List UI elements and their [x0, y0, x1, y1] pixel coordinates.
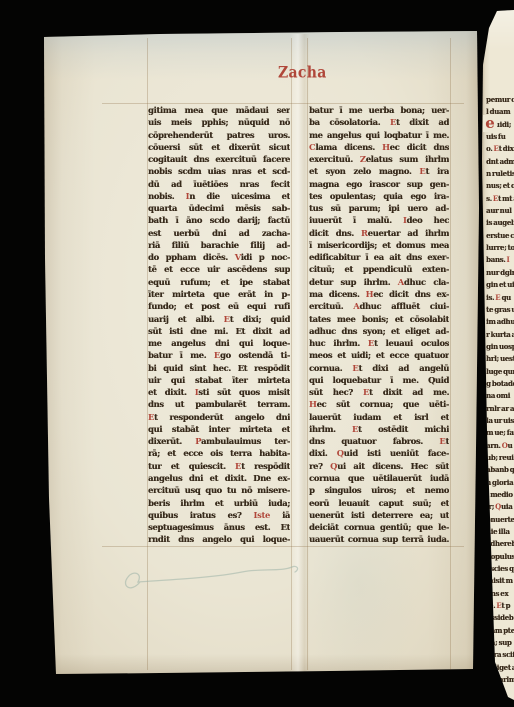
- text-segment: magna ego irascor sup gen-: [309, 179, 449, 189]
- text-segment: ec dicit dns ex-: [373, 289, 449, 299]
- text-segment: qui loquebatur ī me. Quid: [309, 375, 449, 385]
- text-segment: n ruletis: [486, 169, 514, 178]
- text-segment: adhuc dns syon; et eliget ad-: [309, 326, 449, 336]
- text-segment: quibus iratus es?: [148, 510, 254, 520]
- text-line: batur ī me. Ego ostendā ti-: [148, 349, 290, 361]
- text-segment: t leuaui oculos: [374, 338, 449, 348]
- text-segment: ir;: [486, 502, 495, 511]
- text-line: is. E qu: [486, 292, 514, 304]
- text-segment: t dixi: [499, 144, 514, 153]
- text-line: et syon zelo magno. Et ira: [309, 165, 449, 177]
- text-line: ir; Quia: [486, 501, 514, 513]
- text-segment: dnt adm: [486, 157, 514, 166]
- text-segment: lurre; to: [486, 243, 514, 252]
- text-segment: cōprehenderūt patres uros.: [148, 130, 290, 140]
- text-segment: t mt a: [498, 194, 514, 203]
- text-segment: t scies q: [486, 564, 514, 573]
- text-line: t eliget a: [486, 662, 514, 674]
- text-segment: qui stabāt inter mirteta et: [148, 424, 290, 434]
- text-line: uir qui stabat īter mirteta: [148, 374, 290, 386]
- text-segment: rā; et ecce ois terra habita-: [148, 448, 290, 458]
- text-segment: sūt isti dne mi. Et dixit ad: [148, 326, 290, 336]
- text-line: rndit dns angelo qui loque-: [148, 533, 290, 545]
- text-line: cōprehenderūt patres uros.: [148, 129, 290, 141]
- text-segment: cōuersi sūt et dixerūt sicut: [148, 142, 290, 152]
- text-line: huc ihrlm. Et leuaui oculos: [309, 337, 449, 349]
- text-line: rnlr ar ab: [486, 403, 514, 415]
- text-line: ercituū usq quo tu nō misere-: [148, 484, 290, 496]
- pen-flourish-icon: [120, 558, 310, 610]
- text-line: ī misericordijs; et domus mea: [309, 239, 449, 251]
- ruling-line: [102, 546, 464, 547]
- text-line: cōuersi sūt et dixerūt sicut: [148, 141, 290, 153]
- text-segment: adhereb: [486, 539, 514, 548]
- text-line: tus sū parum; ipi uero ad-: [309, 202, 449, 214]
- rubricated-text: H: [382, 142, 390, 152]
- text-line: im adhu: [486, 316, 514, 328]
- text-segment: uir qui stabat īter mirteta: [148, 375, 290, 385]
- text-segment: tes opulentas; quia ego ira-: [309, 191, 449, 201]
- text-segment: t eliget a: [486, 663, 514, 672]
- text-segment: misit m: [486, 576, 513, 585]
- text-segment: t medio: [486, 490, 513, 499]
- text-segment: t p: [501, 601, 510, 610]
- text-segment: beris ihrlm et urbiū iuda;: [148, 498, 290, 508]
- text-line: cornua que uētilauerūt iudā: [309, 472, 449, 484]
- text-line: populus: [486, 551, 514, 563]
- text-segment: ua; sup: [486, 638, 511, 647]
- text-segment: te gras ur: [486, 305, 514, 314]
- text-line: batur ī me uerba bona; uer-: [309, 104, 449, 116]
- text-segment: uc ihrlm: [486, 675, 514, 684]
- text-segment: cornua.: [309, 363, 352, 373]
- text-line: eorū leuauit caput suū; et: [309, 497, 449, 509]
- text-segment: t dixit ad: [396, 117, 449, 127]
- text-line: erra scifi: [486, 649, 514, 661]
- text-segment: fundo; et post eū equi rufi: [148, 301, 290, 311]
- text-line: nur dglr: [486, 267, 514, 279]
- rubricated-text: Q: [337, 448, 344, 458]
- text-line: dam pte: [486, 625, 514, 637]
- illuminated-initial: e: [483, 115, 497, 132]
- text-line: iuuerūt ī malū. Ideo hec: [309, 214, 449, 226]
- text-segment: uenerūt isti deterrere ea; ut: [309, 510, 449, 520]
- text-line: beris ihrlm et urbiū iuda;: [148, 497, 290, 509]
- next-page-text: pemur ol duamer uidi;uis fuo. Et dixidnt…: [486, 94, 514, 687]
- text-segment: nobis scdm uias nras et scd-: [148, 166, 290, 176]
- text-line: ub; reuil: [486, 452, 514, 464]
- text-segment: populus: [486, 552, 514, 561]
- text-line: uauerūt cornua sup terrā iuda.: [309, 533, 449, 545]
- text-segment: ec dicit dns: [390, 142, 449, 152]
- text-segment: arn.: [486, 441, 502, 450]
- text-segment: deiciāt cornua gentiū; que le-: [309, 522, 449, 532]
- text-line: sūt isti dne mi. Et dixit ad: [148, 325, 290, 337]
- text-segment: la ur uis: [486, 416, 514, 425]
- text-line: nobis scdm uias nras et scd-: [148, 165, 290, 177]
- text-line: dns ex: [486, 588, 514, 600]
- text-line: bath ī āno scdo darij; factū: [148, 214, 290, 226]
- text-segment: detur sup ihrlm.: [309, 277, 398, 287]
- text-line: te. Et p: [486, 600, 514, 612]
- rubricated-text: R: [361, 228, 368, 238]
- text-segment: uauerūt cornua sup terrā iuda.: [309, 534, 449, 544]
- text-segment: ī misericordijs; et domus mea: [309, 240, 449, 250]
- text-line: dns ut pambularēt terram.: [148, 398, 290, 410]
- text-line: m ue; fau: [486, 427, 514, 439]
- text-segment: t responderūt angelo dni: [154, 412, 290, 422]
- text-segment: huc ihrlm.: [309, 338, 368, 348]
- text-segment: sti sūt quos misit: [198, 387, 290, 397]
- text-segment: idi p noc-: [241, 252, 290, 262]
- text-line: abanb q: [486, 464, 514, 476]
- text-segment: tur et quiescit.: [148, 461, 235, 471]
- rubricated-text: H: [309, 399, 317, 409]
- text-line: o. Et dixi: [486, 143, 514, 155]
- text-segment: t: [445, 436, 449, 446]
- text-line: die illa: [486, 526, 514, 538]
- text-line: p singulos uiros; et nemo: [309, 484, 449, 496]
- text-line: uis meis pphis; nūquid nō: [148, 116, 290, 128]
- text-segment: te.: [486, 601, 496, 610]
- text-segment: lama dicens.: [315, 142, 382, 152]
- text-segment: exercituū.: [309, 154, 360, 164]
- text-line: n gloria: [486, 477, 514, 489]
- text-segment: īter mirteta que erāt in p-: [148, 289, 290, 299]
- text-line: rā; et ecce ois terra habita-: [148, 447, 290, 459]
- text-line: uarij et albi. Et dixi; quid: [148, 313, 290, 325]
- text-line: is augeli: [486, 217, 514, 229]
- text-segment: lauerūt iudam et isrl et: [309, 412, 449, 422]
- text-segment: die illa: [486, 527, 510, 536]
- text-line: pemur o: [486, 94, 514, 106]
- text-line: t scies q: [486, 563, 514, 575]
- text-line: Clama dicens. Hec dicit dns: [309, 141, 449, 153]
- photo-background: Zacha gitima mea que mādaui seruis meis …: [0, 0, 514, 707]
- text-line: exercituū. Zelatus sum ihrlm: [309, 153, 449, 165]
- text-segment: r kurta a: [486, 330, 514, 339]
- text-line: fundo; et post eū equi rufi: [148, 300, 290, 312]
- text-column-right: batur ī me uerba bona; uer-ba cōsolatori…: [309, 104, 449, 546]
- text-line: onuertet: [486, 514, 514, 526]
- text-segment: luge qur: [486, 367, 514, 376]
- text-line: cogitauit dns exercituū facere: [148, 153, 290, 165]
- text-line: n ruletis: [486, 168, 514, 180]
- text-line: nus; et o: [486, 180, 514, 192]
- text-segment: dixerūt.: [148, 436, 195, 446]
- text-line: gin et ui: [486, 279, 514, 291]
- next-page-edge: pemur ol duamer uidi;uis fuo. Et dixidnt…: [481, 10, 514, 700]
- text-line: quibus iratus es? Iste iā: [148, 509, 290, 521]
- text-segment: aur nul: [486, 206, 512, 215]
- text-line: ercituū. Adhuc affluēt ciui-: [309, 300, 449, 312]
- text-line: na omi: [486, 390, 514, 402]
- text-segment: dhuc affluēt ciui-: [359, 301, 449, 311]
- text-segment: cornua que uētilauerūt iudā: [309, 473, 449, 483]
- text-segment: bi quid sint hec. Et respōdit: [148, 363, 290, 373]
- text-segment: dns quatuor fabros.: [309, 436, 439, 446]
- text-line: īter mirteta que erāt in p-: [148, 288, 290, 300]
- text-line: uis fu: [486, 131, 514, 143]
- text-line: misit m: [486, 575, 514, 587]
- text-segment: dns ut pambularēt terram.: [148, 399, 290, 409]
- text-segment: ub; reuil: [486, 453, 514, 462]
- text-segment: iā: [270, 510, 290, 520]
- text-line: meos et uidi; et ecce quatuor: [309, 349, 449, 361]
- text-line: luge qur: [486, 366, 514, 378]
- text-line: qui stabāt inter mirteta et: [148, 423, 290, 435]
- text-segment: cogitauit dns exercituū facere: [148, 154, 290, 164]
- text-line: s. Et mt a: [486, 193, 514, 205]
- text-segment: n die uicesima et: [189, 191, 290, 201]
- text-segment: im adhu: [486, 317, 514, 326]
- text-line: hrl; uest: [486, 353, 514, 365]
- text-line: dixerūt. Pambulauimus ter-: [148, 435, 290, 447]
- text-segment: do ppham dicēs.: [148, 252, 235, 262]
- text-segment: ercituū.: [309, 301, 353, 311]
- text-segment: t dixi; quid: [230, 314, 290, 324]
- text-line: r kurta a: [486, 329, 514, 341]
- text-line: do ppham dicēs. Vidi p noc-: [148, 251, 290, 263]
- text-line: equū rufum; et ipe stabat: [148, 276, 290, 288]
- text-segment: me angelus qui loqbatur ī me.: [309, 130, 449, 140]
- ruling-line: [450, 38, 451, 670]
- text-line: est uerbū dni ad zacha-: [148, 227, 290, 239]
- text-line: tur et quiescit. Et respōdit: [148, 460, 290, 472]
- text-line: ihrlm. Et ostēdit michi: [309, 423, 449, 435]
- text-line: ossideb: [486, 612, 514, 624]
- text-segment: uid isti ueniūt face-: [344, 448, 449, 458]
- text-segment: ossideb: [486, 613, 513, 622]
- text-segment: abanb q: [486, 465, 514, 474]
- text-line: cituū; et ppendiculū exten-: [309, 263, 449, 275]
- text-segment: eorū leuauit caput suū; et: [309, 498, 449, 508]
- text-line: adhereb: [486, 538, 514, 550]
- text-line: bans. I: [486, 254, 514, 266]
- text-segment: n gloria: [486, 478, 513, 487]
- text-segment: na omi: [486, 391, 510, 400]
- text-segment: erra scifi: [486, 650, 514, 659]
- text-line: dixi. Quid isti ueniūt face-: [309, 447, 449, 459]
- text-segment: riā filiū barachie filij ad-: [148, 240, 290, 250]
- text-segment: ec sūt cornua; que uēti-: [317, 399, 449, 409]
- rubricated-text: I: [507, 255, 510, 264]
- text-line: magna ego irascor sup gen-: [309, 178, 449, 190]
- text-segment: u: [508, 441, 513, 450]
- text-segment: rndit dns angelo qui loque-: [148, 534, 290, 544]
- text-line: bi quid sint hec. Et respōdit: [148, 362, 290, 374]
- text-segment: ihrlm.: [309, 424, 352, 434]
- text-segment: euertar ad ihrlm: [368, 228, 449, 238]
- text-segment: ui ait dicens. Hec sūt: [337, 461, 449, 471]
- text-line: angelus dni et dixit. Dne ex-: [148, 472, 290, 484]
- text-segment: tus sū parum; ipi uero ad-: [309, 203, 449, 213]
- text-line: cornua. Et dixi ad angelū: [309, 362, 449, 374]
- text-segment: gin uospl: [486, 342, 514, 351]
- text-segment: t dixi ad angelū: [358, 363, 449, 373]
- text-segment: dhuc cla-: [404, 277, 449, 287]
- text-segment: ma dicens.: [309, 289, 366, 299]
- text-segment: bath ī āno scdo darij; factū: [148, 215, 290, 225]
- text-segment: ambulauimus ter-: [201, 436, 290, 446]
- text-line: dicit dns. Reuertar ad ihrlm: [309, 227, 449, 239]
- text-segment: meos et uidi; et ecce quatuor: [309, 350, 449, 360]
- text-line: arn. Ou: [486, 440, 514, 452]
- text-segment: g botadq: [486, 379, 514, 388]
- text-segment: uis fu: [486, 132, 505, 141]
- text-line: tes opulentas; quia ego ira-: [309, 190, 449, 202]
- text-line: t medio: [486, 489, 514, 501]
- text-line: quarta ūdecimi mēsis sab-: [148, 202, 290, 214]
- text-segment: et syon zelo magno.: [309, 166, 419, 176]
- text-line: ua; sup: [486, 637, 514, 649]
- text-segment: gitima mea que mādaui ser: [148, 105, 290, 115]
- text-segment: o.: [486, 144, 494, 153]
- text-line: g botadq: [486, 378, 514, 390]
- text-segment: t dixit ad me.: [369, 387, 449, 397]
- text-segment: edificabitur ī ea ait dns exer-: [309, 252, 449, 262]
- text-line: gin uospl: [486, 341, 514, 353]
- text-line: uenerūt isti deterrere ea; ut: [309, 509, 449, 521]
- text-segment: iuuerūt ī malū.: [309, 215, 403, 225]
- text-segment: angelus dni et dixit. Dne ex-: [148, 473, 290, 483]
- text-segment: ercituū usq quo tu nō misere-: [148, 485, 290, 495]
- text-segment: t respōdit: [241, 461, 290, 471]
- text-line: dns quatuor fabros. Et: [309, 435, 449, 447]
- text-line: dnt adm: [486, 156, 514, 168]
- text-segment: cituū; et ppendiculū exten-: [309, 264, 449, 274]
- text-segment: sūt hec?: [309, 387, 363, 397]
- text-line: la ur uis: [486, 415, 514, 427]
- text-segment: equū rufum; et ipe stabat: [148, 277, 290, 287]
- text-segment: t ira: [425, 166, 449, 176]
- text-segment: septuagesimus ānus est. Et: [148, 522, 290, 532]
- text-segment: et dixit.: [148, 387, 195, 397]
- text-segment: uis meis pphis; nūquid nō: [148, 117, 290, 127]
- text-segment: dns ex: [486, 589, 508, 598]
- text-segment: dicit dns.: [309, 228, 361, 238]
- text-segment: uia: [501, 502, 512, 511]
- rubricated-text: Iste: [254, 510, 270, 520]
- text-line: te gras ur: [486, 304, 514, 316]
- text-segment: est uerbū dni ad zacha-: [148, 228, 290, 238]
- text-segment: pemur o: [486, 95, 514, 104]
- text-line: qui loquebatur ī me. Quid: [309, 374, 449, 386]
- text-line: Et responderūt angelo dni: [148, 411, 290, 423]
- text-segment: me angelus dni qui loque-: [148, 338, 290, 348]
- text-segment: dixi.: [309, 448, 337, 458]
- text-segment: s.: [486, 194, 493, 203]
- text-line: detur sup ihrlm. Adhuc cla-: [309, 276, 449, 288]
- text-line: tē et ecce uir ascēdens sup: [148, 263, 290, 275]
- text-segment: hrl; uest: [486, 354, 514, 363]
- text-line: gitima mea que mādaui ser: [148, 104, 290, 116]
- running-title: Zacha: [278, 64, 327, 82]
- text-segment: deo hec: [407, 215, 449, 225]
- text-line: re? Qui ait dicens. Hec sūt: [309, 460, 449, 472]
- text-segment: nur dglr: [486, 268, 514, 277]
- text-segment: tates mee bonis; et cōsolabit: [309, 314, 449, 324]
- text-segment: nus; et o: [486, 181, 514, 190]
- text-segment: t ostēdit michi: [358, 424, 449, 434]
- text-line: tates mee bonis; et cōsolabit: [309, 313, 449, 325]
- text-line: riā filiū barachie filij ad-: [148, 239, 290, 251]
- text-segment: is.: [486, 293, 495, 302]
- text-segment: batur ī me uerba bona; uer-: [309, 105, 449, 115]
- manuscript-page: Zacha gitima mea que mādaui seruis meis …: [40, 28, 482, 680]
- text-line: ba cōsolatoria. Et dixit ad: [309, 116, 449, 128]
- text-segment: bans.: [486, 255, 507, 264]
- text-line: sūt hec? Et dixit ad me.: [309, 386, 449, 398]
- text-line: adhuc dns syon; et eliget ad-: [309, 325, 449, 337]
- text-segment: erstue cu: [486, 231, 514, 240]
- text-line: uc ihrlm: [486, 674, 514, 686]
- text-line: Hec sūt cornua; que uēti-: [309, 398, 449, 410]
- text-line: septuagesimus ānus est. Et: [148, 521, 290, 533]
- text-segment: tē et ecce uir ascēdens sup: [148, 264, 290, 274]
- text-segment: dam pte: [486, 626, 514, 635]
- text-segment: nobis.: [148, 191, 186, 201]
- text-column-left: gitima mea que mādaui seruis meis pphis;…: [148, 104, 290, 546]
- text-line: edificabitur ī ea ait dns exer-: [309, 251, 449, 263]
- text-segment: dū ad īuētiōes nras fecit: [148, 179, 290, 189]
- text-segment: is augeli: [486, 218, 514, 227]
- text-segment: re?: [309, 461, 330, 471]
- text-segment: p singulos uiros; et nemo: [309, 485, 449, 495]
- text-line: lurre; to: [486, 242, 514, 254]
- text-line: me angelus qui loqbatur ī me.: [309, 129, 449, 141]
- text-segment: ba cōsolatoria.: [309, 117, 390, 127]
- text-segment: go ostendā ti-: [220, 350, 290, 360]
- text-line: aur nul: [486, 205, 514, 217]
- text-line: ma dicens. Hec dicit dns ex-: [309, 288, 449, 300]
- text-line: dū ad īuētiōes nras fecit: [148, 178, 290, 190]
- text-line: nobis. In die uicesima et: [148, 190, 290, 202]
- text-line: lauerūt iudam et isrl et: [309, 411, 449, 423]
- text-segment: rnlr ar ab: [486, 404, 514, 413]
- text-segment: uarij et albi.: [148, 314, 224, 324]
- text-segment: gin et ui: [486, 280, 514, 289]
- text-line: et dixit. Isti sūt quos misit: [148, 386, 290, 398]
- text-segment: onuertet: [486, 515, 514, 524]
- text-segment: batur ī me.: [148, 350, 214, 360]
- text-line: me angelus dni qui loque-: [148, 337, 290, 349]
- text-segment: quarta ūdecimi mēsis sab-: [148, 203, 290, 213]
- text-segment: elatus sum ihrlm: [366, 154, 449, 164]
- text-line: deiciāt cornua gentiū; que le-: [309, 521, 449, 533]
- text-line: erstue cu: [486, 230, 514, 242]
- text-segment: qu: [500, 293, 511, 302]
- text-segment: m ue; fau: [486, 428, 514, 437]
